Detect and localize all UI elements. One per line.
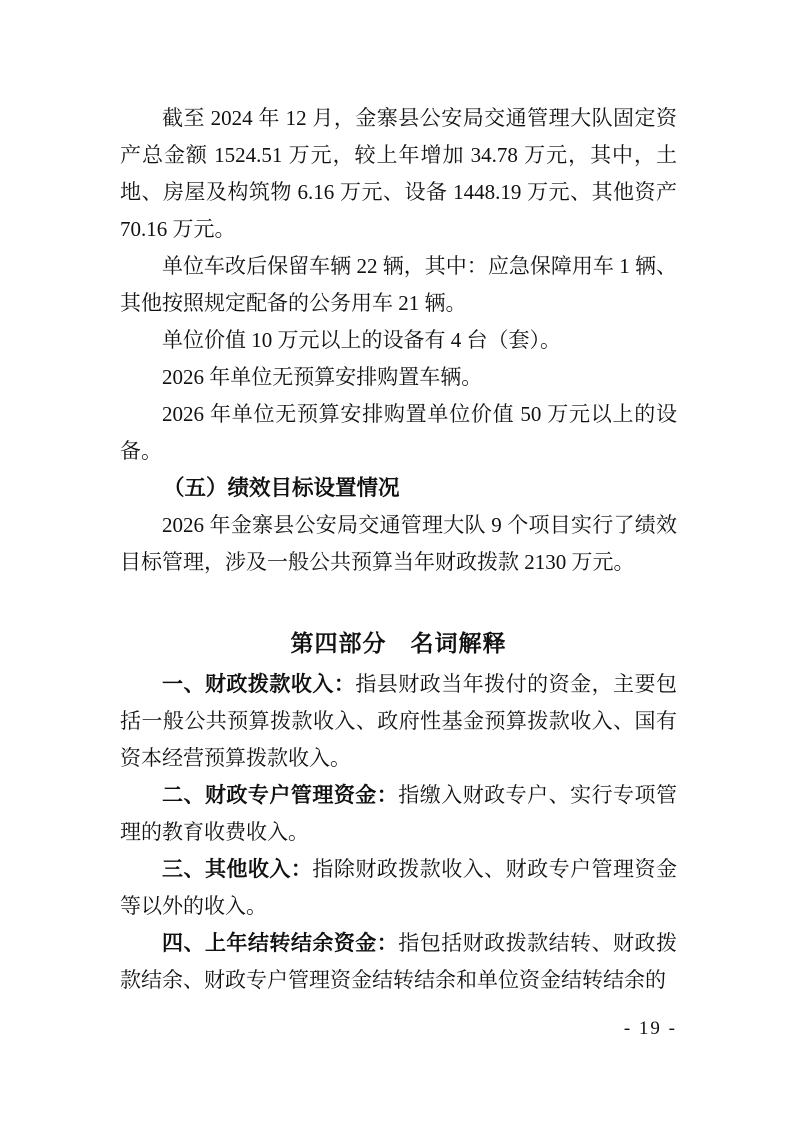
paragraph-no-vehicle-purchase: 2026 年单位无预算安排购置车辆。 (120, 359, 677, 396)
term-label: 四、上年结转结余资金： (162, 932, 398, 955)
term-item-special-account-funds: 二、财政专户管理资金：指缴入财政专户、实行专项管理的教育收费收入。 (120, 777, 677, 851)
section-5-heading: （五）绩效目标设置情况 (120, 470, 677, 507)
term-item-other-income: 三、其他收入：指除财政拨款收入、财政专户管理资金等以外的收入。 (120, 851, 677, 925)
term-item-carryover-funds: 四、上年结转结余资金：指包括财政拨款结转、财政拨款结余、财政专户管理资金结转结余… (120, 925, 677, 999)
paragraph-performance-targets: 2026 年金寨县公安局交通管理大队 9 个项目实行了绩效目标管理，涉及一般公共… (120, 507, 677, 581)
document-page: 截至 2024 年 12 月，金寨县公安局交通管理大队固定资产总金额 1524.… (0, 0, 793, 1122)
paragraph-no-equipment-purchase: 2026 年单位无预算安排购置单位价值 50 万元以上的设备。 (120, 396, 677, 470)
document-content: 截至 2024 年 12 月，金寨县公安局交通管理大队固定资产总金额 1524.… (120, 100, 677, 999)
term-label: 二、财政专户管理资金： (162, 784, 398, 807)
term-label: 一、财政拨款收入： (162, 673, 355, 696)
part-4-heading: 第四部分 名词解释 (120, 625, 677, 662)
page-footer: - 19 - (624, 1017, 677, 1041)
term-item-fiscal-appropriation: 一、财政拨款收入：指县财政当年拨付的资金，主要包括一般公共预算拨款收入、政府性基… (120, 666, 677, 777)
paragraph-equipment-over-100k: 单位价值 10 万元以上的设备有 4 台（套）。 (120, 322, 677, 359)
page-number: - 19 - (624, 1018, 677, 1039)
paragraph-fixed-assets: 截至 2024 年 12 月，金寨县公安局交通管理大队固定资产总金额 1524.… (120, 100, 677, 248)
term-label: 三、其他收入： (162, 858, 312, 881)
paragraph-retained-vehicles: 单位车改后保留车辆 22 辆，其中：应急保障用车 1 辆、其他按照规定配备的公务… (120, 248, 677, 322)
